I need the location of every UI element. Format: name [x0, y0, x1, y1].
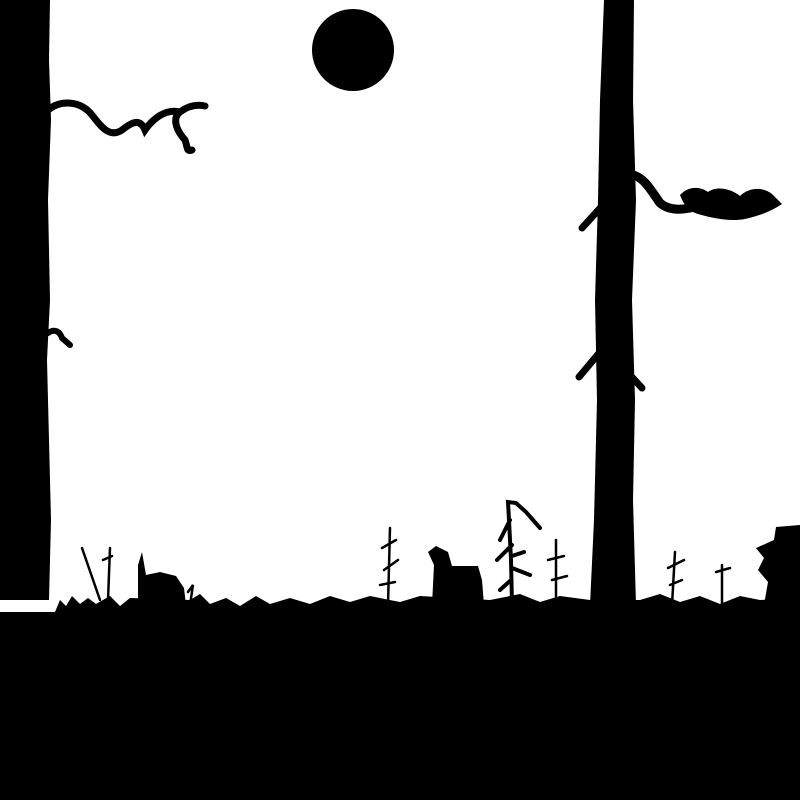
rock-formation-right — [756, 525, 800, 605]
ground — [0, 612, 800, 800]
sapling-center — [497, 502, 540, 605]
right-tree-foliage — [680, 188, 782, 220]
left-tree-curly-branch — [48, 103, 205, 150]
scene-canvas — [0, 0, 800, 800]
tree-stump-left — [138, 552, 186, 605]
right-tree-leafy-branch — [633, 175, 690, 209]
tree-stump-center — [428, 546, 484, 605]
right-tree-trunk — [590, 0, 636, 605]
left-tree-small-branch — [48, 331, 70, 345]
left-tree-trunk — [0, 0, 51, 600]
moon — [312, 9, 394, 91]
game-scene — [0, 0, 800, 800]
